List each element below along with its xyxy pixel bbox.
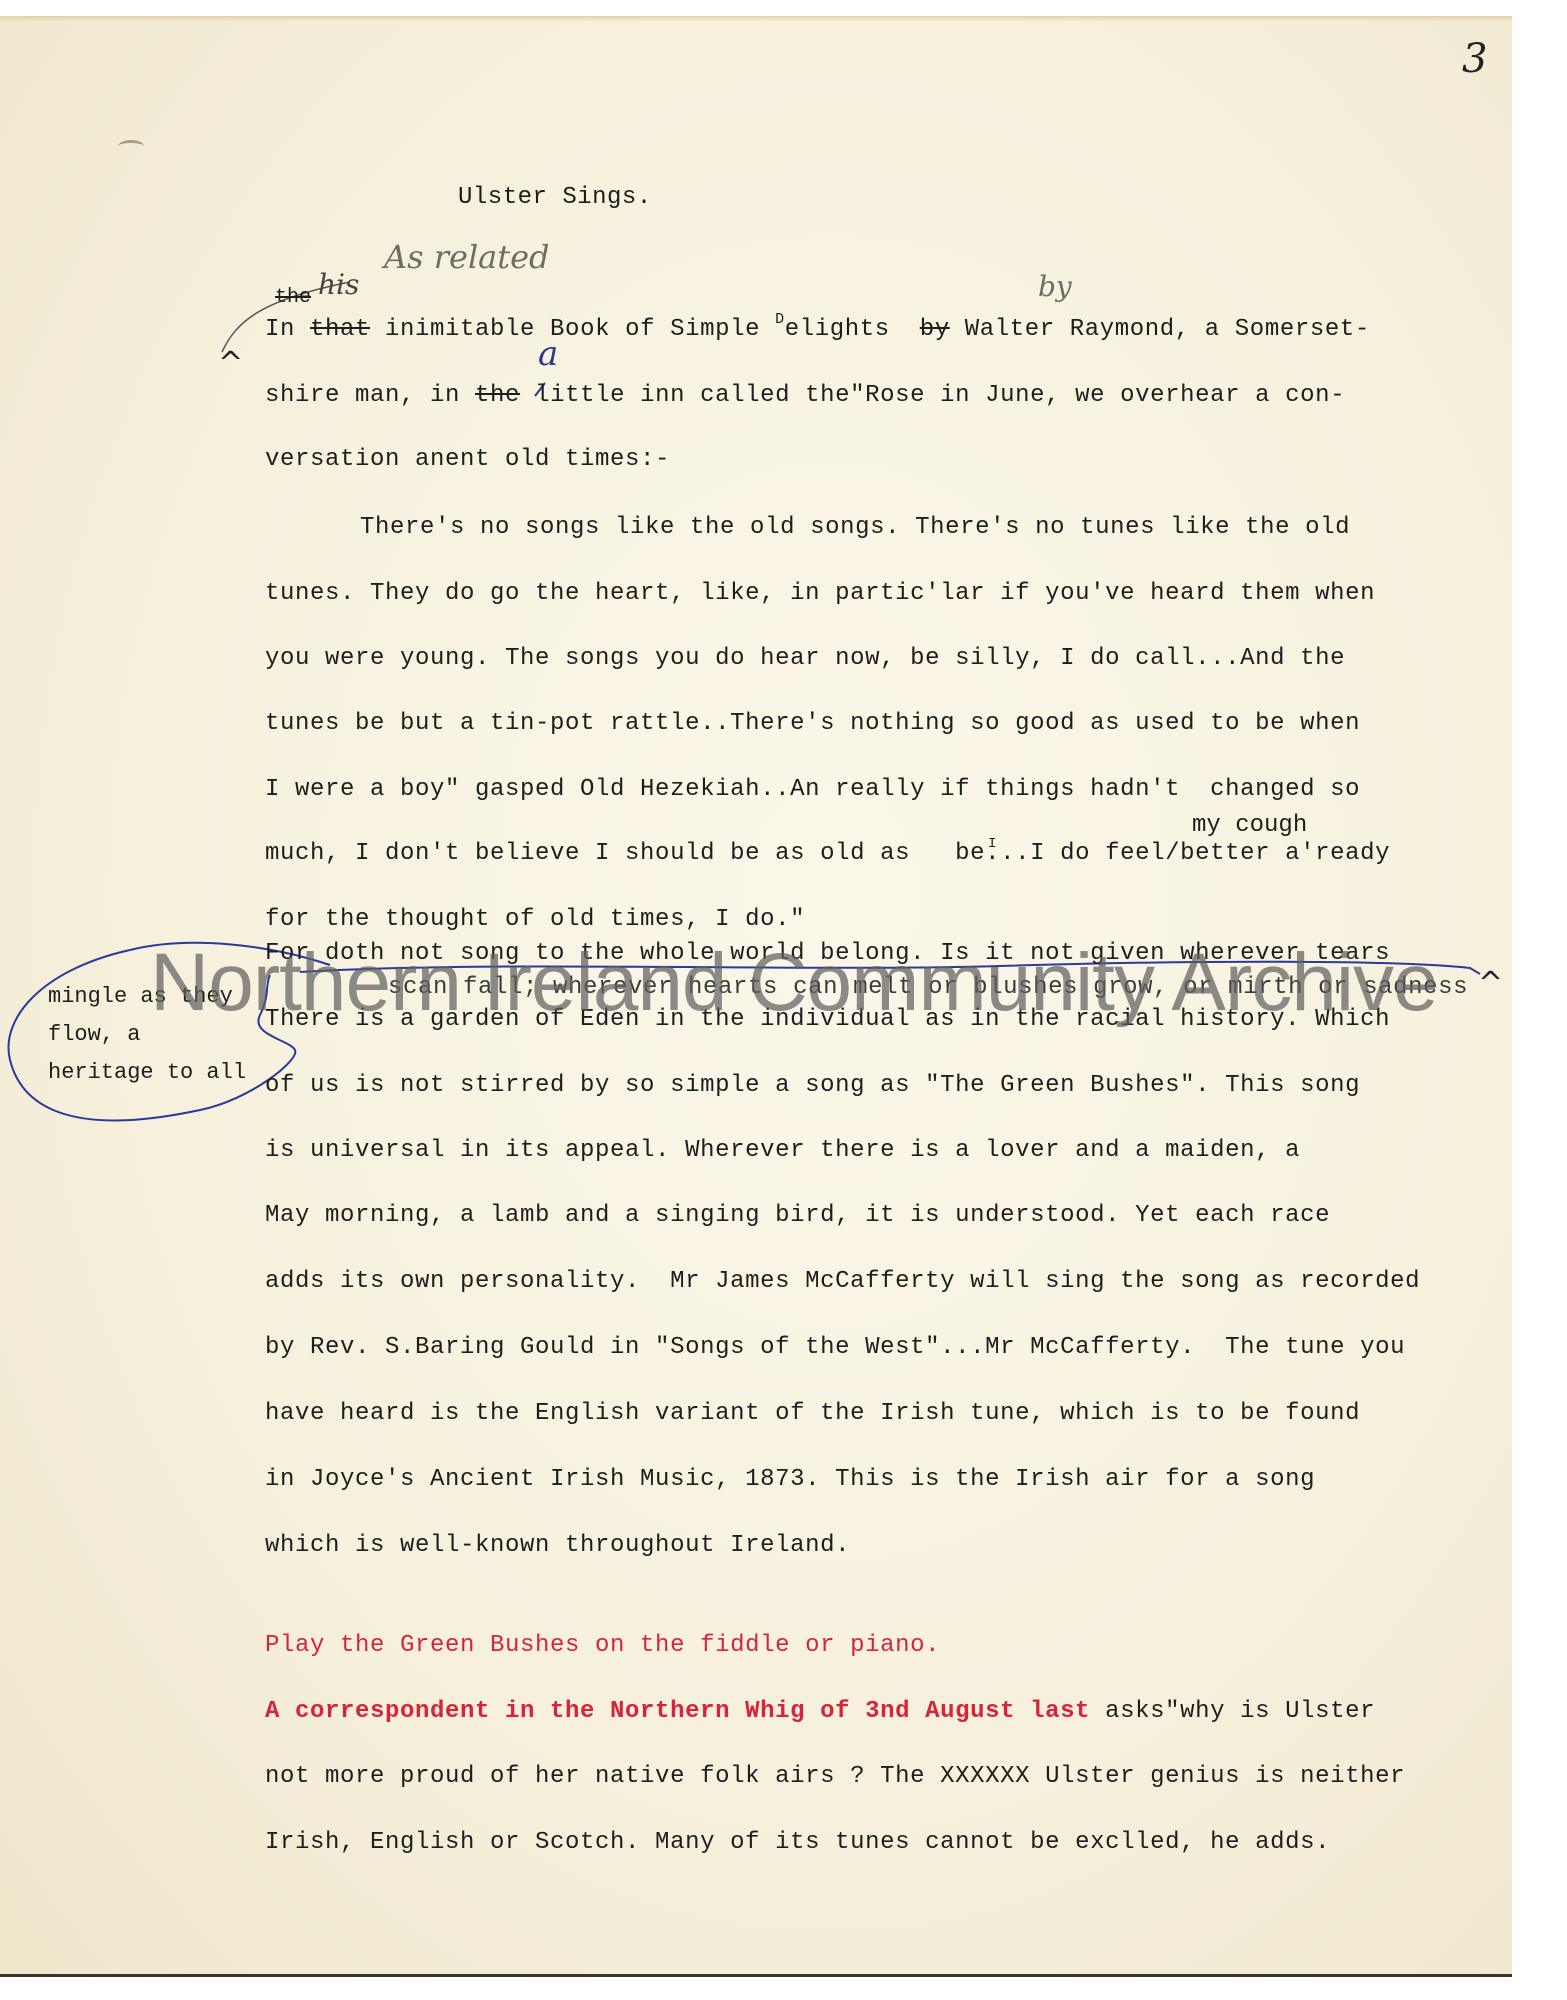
quote-line: tunes. They do go the heart, like, in pa… (265, 580, 1375, 607)
paragraph-3-line-1: A correspondent in the Northern Whig of … (265, 1698, 1375, 1725)
paragraph-2-line: adds its own personality. Mr James McCaf… (265, 1268, 1420, 1295)
quote-line: There's no songs like the old songs. The… (360, 514, 1350, 541)
pencil-insert-as-related: As related (384, 238, 550, 276)
paragraph-2-line: For doth not song to the whole world bel… (265, 940, 1390, 967)
struck-the: the (275, 286, 311, 309)
ink-insert-his: his (318, 268, 359, 301)
paragraph-2-line: May morning, a lamb and a singing bird, … (265, 1202, 1330, 1229)
paragraph-2-line: have heard is the English variant of the… (265, 1400, 1360, 1427)
pencil-by: by (1038, 270, 1072, 303)
struck-overlap-line: scan fall; wherever hearts can melt or b… (388, 974, 1468, 1001)
quote-line: you were young. The songs you do hear no… (265, 645, 1345, 672)
quote-line: tunes be but a tin-pot rattle..There's n… (265, 710, 1360, 737)
paragraph-2-line: is universal in its appeal. Wherever the… (265, 1137, 1300, 1164)
margin-note: mingle as they flow, a heritage to all (48, 978, 246, 1092)
quote-line: I were a boy" gasped Old Hezekiah..An re… (265, 776, 1360, 803)
quote-line: for the thought of old times, I do." (265, 906, 805, 933)
paragraph-1-line-3: versation anent old times:- (265, 446, 670, 473)
paragraph-2-line: There is a garden of Eden in the individ… (265, 1006, 1390, 1033)
paragraph-1-line-1: In that inimitable Book of Simple Deligh… (265, 316, 1370, 343)
paragraph-2-line: in Joyce's Ancient Irish Music, 1873. Th… (265, 1466, 1315, 1493)
paragraph-3-line-3: Irish, English or Scotch. Many of its tu… (265, 1829, 1330, 1856)
insert-caret-icon: ^ (1478, 966, 1503, 1001)
stage-direction: Play the Green Bushes on the fiddle or p… (265, 1632, 940, 1659)
ink-insert-a: a (538, 334, 558, 374)
page-number: 3 (1462, 36, 1487, 82)
paper-blemish (118, 140, 144, 153)
paragraph-1-line-2: shire man, in the little inn called the"… (265, 382, 1345, 409)
paragraph-2-line: by Rev. S.Baring Gould in "Songs of the … (265, 1334, 1405, 1361)
typed-insert-my-cough: my cough (1192, 812, 1307, 839)
insert-caret-icon: ^ (218, 346, 243, 381)
quote-line: much, I don't believe I should be as old… (265, 840, 1390, 867)
paragraph-3-line-2: not more proud of her native folk airs ?… (265, 1763, 1405, 1790)
document-title: Ulster Sings. (458, 184, 652, 211)
paragraph-2-line: of us is not stirred by so simple a song… (265, 1072, 1360, 1099)
paragraph-2-line: which is well-known throughout Ireland. (265, 1532, 850, 1559)
